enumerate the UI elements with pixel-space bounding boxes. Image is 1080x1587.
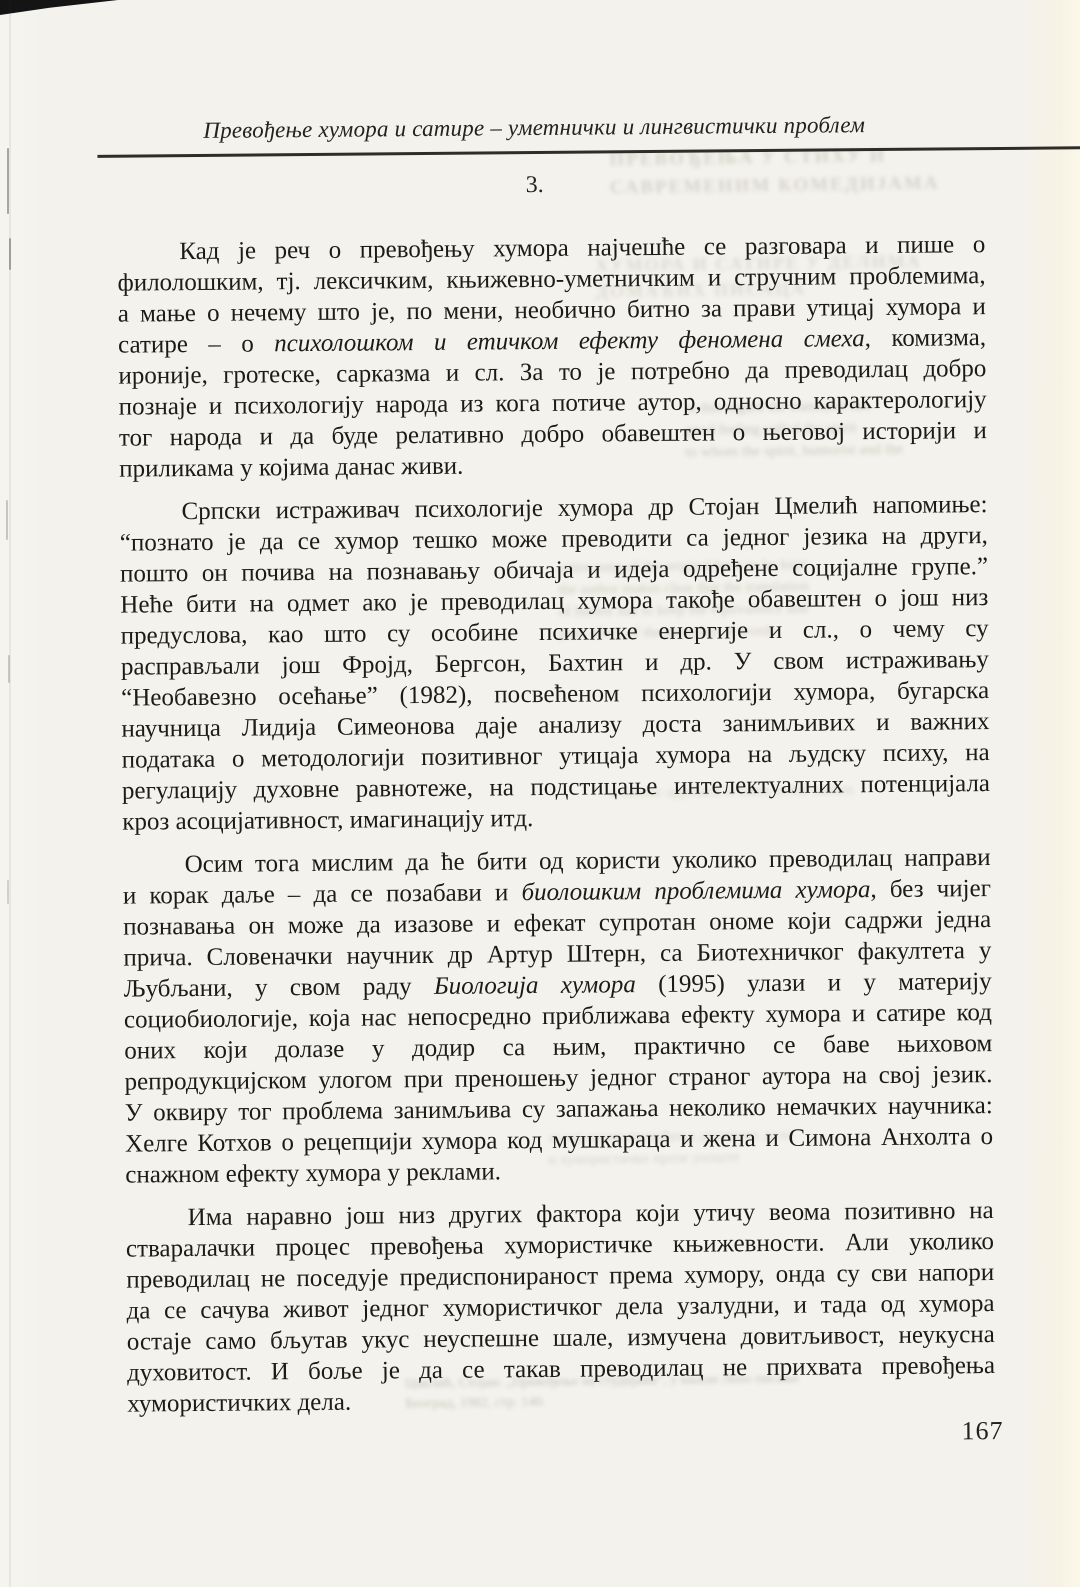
italic-phrase: биолошким проблемима хумора: [521, 876, 870, 906]
text-segment: кроз асоцијативност, имагинацију итд.: [122, 805, 533, 836]
section-number: 3.: [0, 167, 1075, 203]
text-segment: (1995) улази и у материју: [636, 968, 992, 998]
header-rule: [97, 146, 1080, 158]
text-segment: духовитост. И боље је да се такав превод…: [127, 1352, 995, 1387]
text-line: кроз асоцијативност, имагинацију итд.: [122, 799, 990, 838]
paragraph: Има наравно још низ других фактора који …: [126, 1195, 996, 1420]
text-block: Кад је реч о превођењу хумора најчешће с…: [117, 229, 995, 1420]
scanned-document-page: ПРЕВОЂЕЊА У СТИХУ И САВРЕМЕНИМ КОМЕДИЈАМ…: [0, 0, 1080, 1587]
text-segment: и корак даље – да се позабави и: [123, 879, 522, 909]
text-segment: Има наравно још низ других фактора који …: [188, 1197, 994, 1231]
bleed-through-layer: ПРЕВОЂЕЊА У СТИХУ И САВРЕМЕНИМ КОМЕДИЈАМ…: [0, 0, 1073, 5]
text-line: хумористичких дела.: [127, 1381, 995, 1420]
text-segment: , без чијег: [870, 875, 991, 903]
text-segment: , комизма,: [865, 324, 987, 352]
text-segment: регулацију духовне равнотеже, на подстиц…: [122, 770, 990, 805]
paragraph: Осим тога мислим да ће бити од користи у…: [123, 842, 994, 1191]
text-segment: хумористичких дела.: [127, 1389, 351, 1418]
italic-phrase: Биологија хумора: [434, 971, 636, 1000]
text-segment: Српски истраживач психологије хумора др …: [181, 491, 987, 525]
page-content: ПРЕВОЂЕЊА У СТИХУ И САВРЕМЕНИМ КОМЕДИЈАМ…: [0, 0, 1080, 1587]
text-segment: Хелге Котхов о рецепцији хумора код мушк…: [125, 1123, 993, 1158]
text-line: снажном ефекту хумора у реклами.: [125, 1152, 993, 1191]
text-segment: Кад је реч о превођењу хумора најчешће с…: [179, 231, 985, 265]
text-line: приликама у којима данас живи.: [119, 446, 987, 485]
text-segment: Љубљани, у свом раду: [124, 973, 434, 1003]
italic-phrase: психолошком и етичком ефекту феномена см…: [274, 325, 865, 357]
page-number: 167: [961, 1416, 1003, 1446]
text-segment: снажном ефекту хумора у реклами.: [125, 1158, 501, 1188]
paragraph: Кад је реч о превођењу хумора најчешће с…: [117, 229, 987, 485]
text-segment: Осим тога мислим да ће бити од користи у…: [185, 844, 991, 878]
paragraph: Српски истраживач психологије хумора др …: [119, 489, 990, 838]
running-header: Превођење хумора и сатире – уметнички и …: [0, 110, 1074, 145]
text-segment: тог народа и да буде релативно добро оба…: [119, 417, 987, 452]
text-segment: приликама у којима данас живи.: [119, 453, 463, 483]
text-segment: сатире – о: [118, 330, 274, 358]
